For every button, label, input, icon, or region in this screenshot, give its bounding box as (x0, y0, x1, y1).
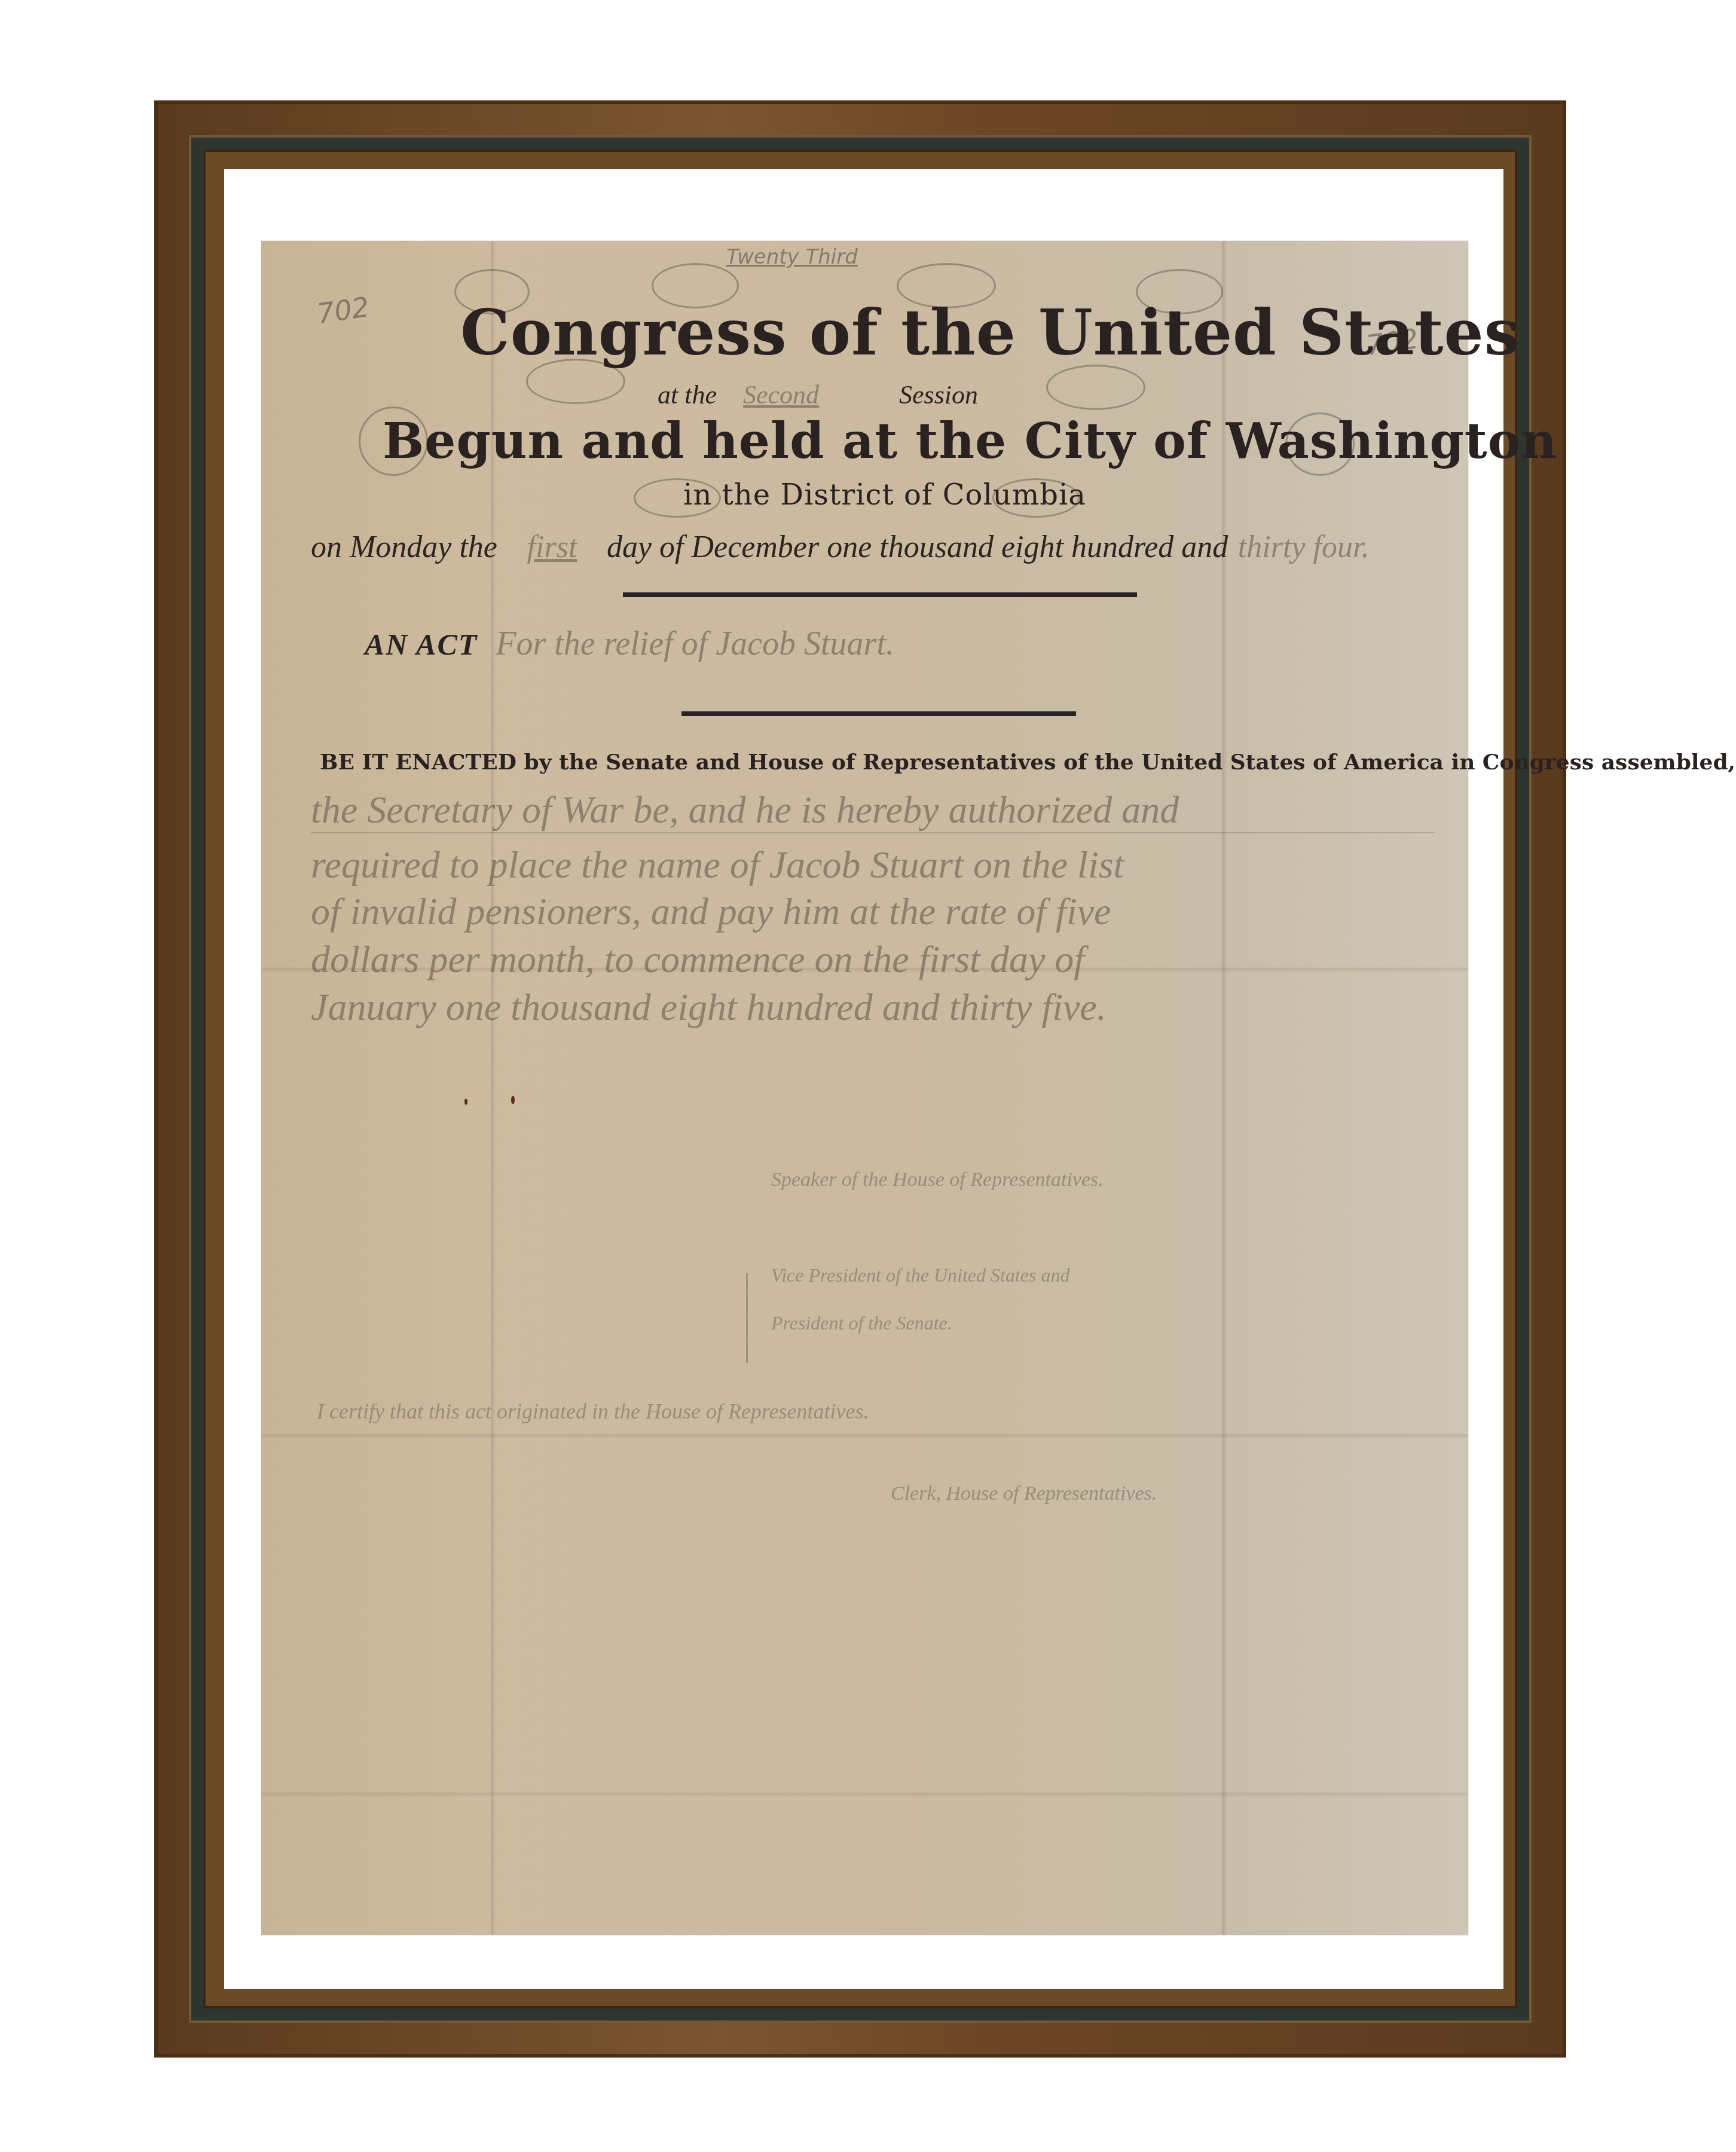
certification-line: I certify that this act originated in th… (317, 1399, 869, 1424)
enacting-clause: BE IT ENACTED by the Senate and House of… (320, 744, 1736, 776)
speaker-signature-line: Speaker of the House of Representatives. (771, 1169, 1104, 1191)
date-line: on Monday the first day of December one … (311, 529, 1369, 565)
bracket (746, 1273, 748, 1363)
ink-spot (464, 1099, 467, 1105)
document-title: Congress of the United States (460, 296, 1285, 369)
act-title-line: AN ACT For the relief of Jacob Stuart. (365, 625, 894, 663)
begun-line: Begun and held at the City of Washington (383, 412, 1345, 470)
district-line: in the District of Columbia (658, 478, 1112, 512)
body-line: dollars per month, to commence on the fi… (311, 937, 1084, 982)
body-line: January one thousand eight hundred and t… (311, 985, 1107, 1029)
enacting-printed: BE IT ENACTED by the Senate and House of… (320, 750, 1735, 775)
vice-president-signature-line: Vice President of the United States and (771, 1264, 1069, 1286)
clerk-signature-line: Clerk, House of Representatives. (891, 1482, 1157, 1505)
act-title-value: For the relief of Jacob Stuart. (496, 625, 894, 662)
session-prefix: at the (658, 380, 717, 409)
date-prefix: on Monday the (311, 530, 497, 564)
body-line: the Secretary of War be, and he is hereb… (311, 788, 1435, 833)
body-line: of invalid pensioners, and pay him at th… (311, 889, 1111, 934)
session-value: Second (743, 380, 819, 409)
date-year: thirty four. (1238, 530, 1370, 564)
date-day: first (507, 530, 597, 565)
top-pencil-note: Twenty Third (726, 245, 858, 269)
act-divider (681, 711, 1076, 716)
flourish-ornament (1046, 365, 1145, 410)
act-label: AN ACT (365, 628, 478, 661)
session-suffix: Session (899, 380, 978, 409)
date-middle: day of December one thousand eight hundr… (607, 530, 1228, 564)
ink-spot (511, 1096, 515, 1104)
session-line: at the Second Session (658, 380, 978, 410)
president-senate-signature-line: President of the Senate. (771, 1312, 952, 1334)
body-line: required to place the name of Jacob Stua… (311, 843, 1124, 887)
header-divider (623, 592, 1137, 597)
